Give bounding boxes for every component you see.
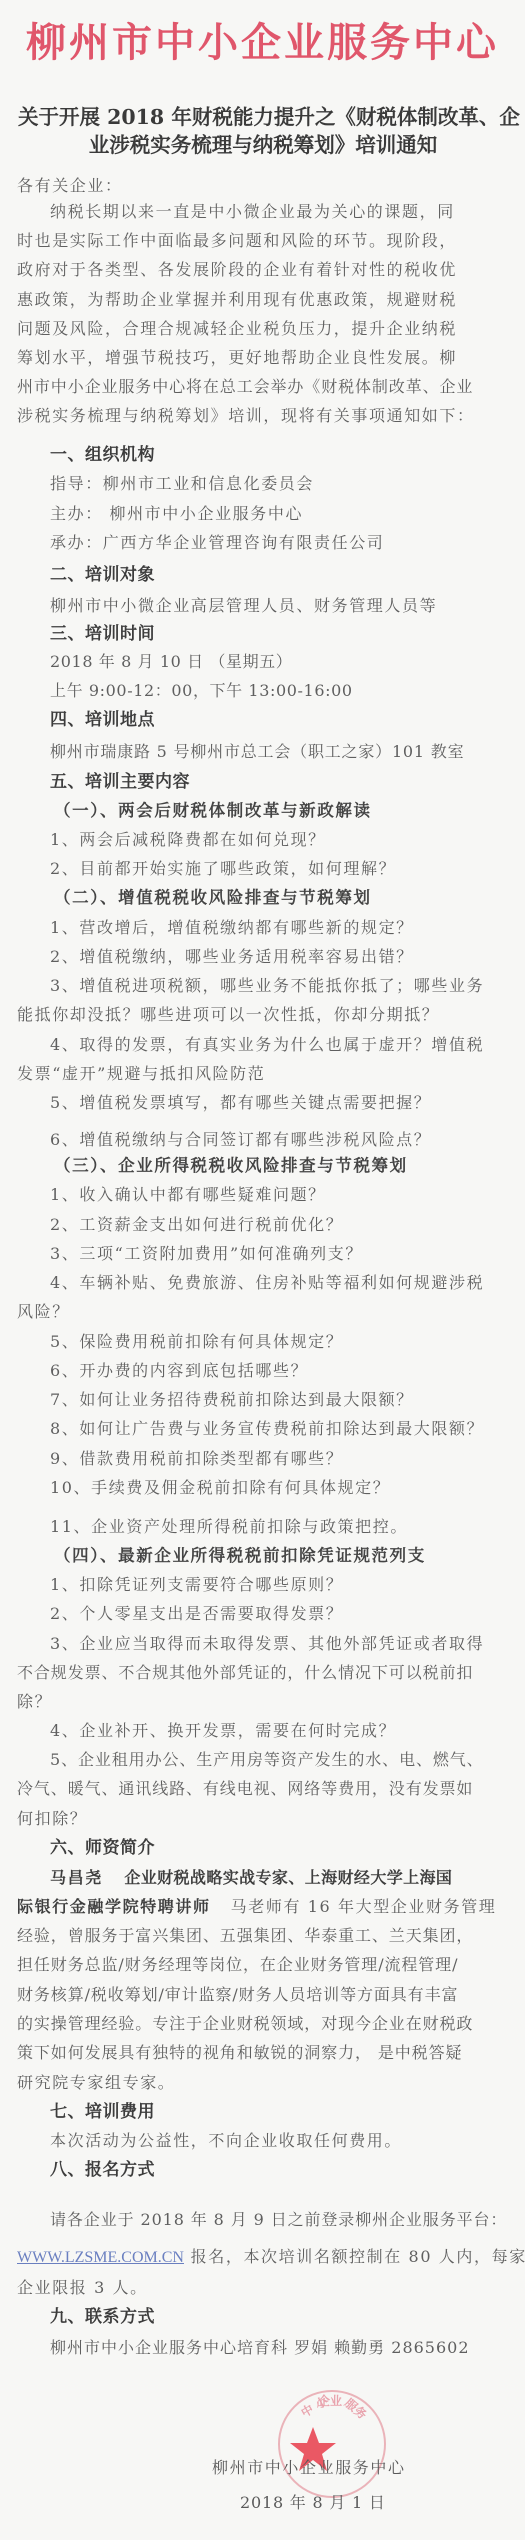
organizer-undertaker: 承办：广西方华企业管理咨询有限责任公司 xyxy=(50,533,384,553)
section-heading-location: 四、培训地点 xyxy=(50,709,155,731)
content-item: 4、车辆补贴、免费旅游、住房补贴等福利如何规避涉税 xyxy=(50,1273,484,1293)
intro-line: 筹划水平，增强节税技巧，更好地帮助企业良性发展。柳 xyxy=(17,348,457,368)
content-item: 能抵你却没抵？哪些进项可以一次性抵，你却分期抵？ xyxy=(17,1005,439,1025)
section-heading-audience: 二、培训对象 xyxy=(50,564,155,586)
org-letterhead: 柳州市中小企业服务中心 xyxy=(0,18,525,68)
training-date: 2018 年 8 月 10 日 （星期五） xyxy=(50,652,292,672)
section-heading-registration: 八、报名方式 xyxy=(50,2159,155,2181)
registration-text: 请各企业于 2018 年 8 月 9 日之前登录柳州企业服务平台： xyxy=(50,2210,507,2230)
registration-text-cont: 报名，本次培训名额控制在 80 人内，每家 xyxy=(191,2247,525,2266)
notice-document: 柳州市中小企业服务中心 关于开展 2018 年财税能力提升之《财税体制改革、企 … xyxy=(0,0,525,2540)
section-heading-organizers: 一、组织机构 xyxy=(50,444,155,466)
registration-limit: 企业限报 3 人。 xyxy=(17,2278,148,2298)
content-item: 不合规发票、不合规其他外部凭证的，什么情况下可以税前扣 xyxy=(17,1663,473,1683)
subsection-heading-3: （三）、企业所得税税收风险排查与节税筹划 xyxy=(54,1155,408,1177)
training-hours: 上午 9:00-12：00，下午 13:00-16:00 xyxy=(50,681,353,701)
instructor-title-cont: 际银行金融学院特聘讲师 xyxy=(17,1897,211,1916)
audience-text: 柳州市中小微企业高层管理人员、财务管理人员等 xyxy=(50,596,437,616)
instructor-bio-line: 研究院专家组专家。 xyxy=(17,2073,175,2093)
content-item: 4、取得的发票，有真实业务为什么也属于虚开？增值税 xyxy=(50,1035,484,1055)
subsection-heading-2: （二）、增值税税收风险排查与节税筹划 xyxy=(54,887,372,909)
instructor-bio-line: 财务核算/税收筹划/审计监察/财务人员培训等方面具有丰富 xyxy=(17,1985,458,2005)
subsection-heading-4: （四）、最新企业所得税税前扣除凭证规范列支 xyxy=(54,1545,426,1567)
content-item: 风险？ xyxy=(17,1302,70,1322)
section-heading-time: 三、培训时间 xyxy=(50,623,155,645)
instructor-bio: 马老师有 16 年大型企业财务管理 xyxy=(231,1897,497,1916)
training-address: 柳州市瑞康路 5 号柳州市总工会（职工之家）101 教室 xyxy=(50,742,464,762)
instructor-name: 马昌尧 xyxy=(50,1868,103,1887)
content-item: 除？ xyxy=(17,1692,52,1712)
content-item: 1、两会后减税降费都在如何兑现？ xyxy=(50,830,326,850)
content-item: 6、增值税缴纳与合同签订都有哪些涉税风险点？ xyxy=(50,1130,431,1150)
fee-text: 本次活动为公益性，不向企业收取任何费用。 xyxy=(50,2131,402,2151)
content-item: 1、扣除凭证列支需要符合哪些原则？ xyxy=(50,1575,343,1595)
seal-text: 企业 xyxy=(318,2392,342,2409)
intro-line: 时也是实际工作中面临最多问题和风险的环节。现阶段， xyxy=(17,231,457,251)
content-item: 2、工资薪金支出如何进行税前优化？ xyxy=(50,1215,343,1235)
content-item: 2、目前都开始实施了哪些政策，如何理解？ xyxy=(50,859,396,879)
content-item: 冷气、暖气、通讯线路、有线电视、网络等费用，没有发票如 xyxy=(17,1779,473,1799)
intro-line: 州市中小企业服务中心将在总工会举办《财税体制改革、企业 xyxy=(17,377,473,397)
section-heading-instructor: 六、师资简介 xyxy=(50,1837,155,1859)
content-item: 发票“虚开”规避与抵扣风险防范 xyxy=(17,1064,265,1084)
section-heading-fee: 七、培训费用 xyxy=(50,2101,155,2123)
intro-line: 问题及风险，合理合规减轻企业税负压力，提升企业纳税 xyxy=(17,319,457,339)
content-item: 6、开办费的内容到底包括哪些？ xyxy=(50,1361,308,1381)
instructor-bio-line: 的实操管理经验。专注于企业财税领域，对现今企业在财税政 xyxy=(17,2014,473,2034)
registration-line-2: WWW.LZSME.COM.CN 报名，本次培训名额控制在 80 人内，每家 xyxy=(17,2247,525,2268)
instructor-line-1: 马昌尧 企业财税战略实战专家、上海财经大学上海国 xyxy=(50,1868,452,1888)
content-item: 何扣除？ xyxy=(17,1809,87,1829)
signature-org: 柳州市中小企业服务中心 xyxy=(212,2458,406,2478)
registration-website-link[interactable]: WWW.LZSME.COM.CN xyxy=(17,2249,184,2266)
content-item: 1、收入确认中都有哪些疑难问题？ xyxy=(50,1185,326,1205)
contact-info: 柳州市中小企业服务中心培育科 罗娟 赖勤勇 2865602 xyxy=(50,2338,470,2358)
document-title-line-1: 关于开展 2018 年财税能力提升之《财税体制改革、企 xyxy=(18,103,508,131)
intro-line: 涉税实务梳理与纳税筹划》培训，现将有关事项通知如下： xyxy=(17,406,475,426)
content-item: 5、保险费用税前扣除有何具体规定？ xyxy=(50,1332,343,1352)
content-item: 8、如何让广告费与业务宣传费税前扣除达到最大限额？ xyxy=(50,1419,484,1439)
content-item: 3、增值税进项税额，哪些业务不能抵你抵了；哪些业务 xyxy=(50,976,484,996)
content-item: 1、营改增后，增值税缴纳都有哪些新的规定？ xyxy=(50,918,414,938)
content-item: 9、借款费用税前扣除类型都有哪些？ xyxy=(50,1449,343,1469)
content-item: 5、企业租用办公、生产用房等资产发生的水、电、燃气、 xyxy=(50,1750,484,1770)
intro-line: 惠政策，为帮助企业掌握并利用现有优惠政策，规避财税 xyxy=(17,290,457,310)
organizer-host: 主办： 柳州市中小企业服务中心 xyxy=(50,504,303,524)
organizer-guide: 指导：柳州市工业和信息化委员会 xyxy=(50,474,314,494)
instructor-bio-line: 担任财务总监/财务经理等岗位，在企业财务管理/流程管理/ xyxy=(17,1955,458,1975)
content-item: 5、增值税发票填写，都有哪些关键点需要把握？ xyxy=(50,1093,431,1113)
content-item: 3、三项“工资附加费用”如何准确列支？ xyxy=(50,1244,363,1264)
content-item: 2、个人零星支出是否需要取得发票？ xyxy=(50,1604,343,1624)
section-heading-content: 五、培训主要内容 xyxy=(50,771,190,793)
salutation: 各有关企业： xyxy=(17,176,123,196)
content-item: 7、如何让业务招待费税前扣除达到最大限额？ xyxy=(50,1390,414,1410)
instructor-bio-line: 策下如何发展具有独特的视角和敏锐的洞察力， 是中税答疑 xyxy=(17,2043,462,2063)
instructor-bio-line: 经验，曾服务于富兴集团、五强集团、华泰重工、兰天集团， xyxy=(17,1926,473,1946)
signature-date: 2018 年 8 月 1 日 xyxy=(240,2493,386,2513)
content-item: 3、企业应当取得而未取得发票、其他外部凭证或者取得 xyxy=(50,1634,484,1654)
content-item: 11、企业资产处理所得税前扣除与政策把控。 xyxy=(50,1517,408,1537)
section-heading-contact: 九、联系方式 xyxy=(50,2306,155,2328)
instructor-title: 企业财税战略实战专家、上海财经大学上海国 xyxy=(124,1868,452,1887)
instructor-line-2: 际银行金融学院特聘讲师 马老师有 16 年大型企业财务管理 xyxy=(17,1897,496,1917)
intro-line: 纳税长期以来一直是中小微企业最为关心的课题，同 xyxy=(50,202,455,222)
intro-line: 政府对于各类型、各发展阶段的企业有着针对性的税收优 xyxy=(17,260,457,280)
content-item: 4、企业补开、换开发票，需要在何时完成？ xyxy=(50,1721,396,1741)
subsection-heading-1: （一）、两会后财税体制改革与新政解读 xyxy=(54,800,372,822)
content-item: 10、手续费及佣金税前扣除有何具体规定？ xyxy=(50,1478,390,1498)
content-item: 2、增值税缴纳，哪些业务适用税率容易出错？ xyxy=(50,947,414,967)
document-title-line-2: 业涉税实务梳理与纳税筹划》培训通知 xyxy=(18,131,508,159)
